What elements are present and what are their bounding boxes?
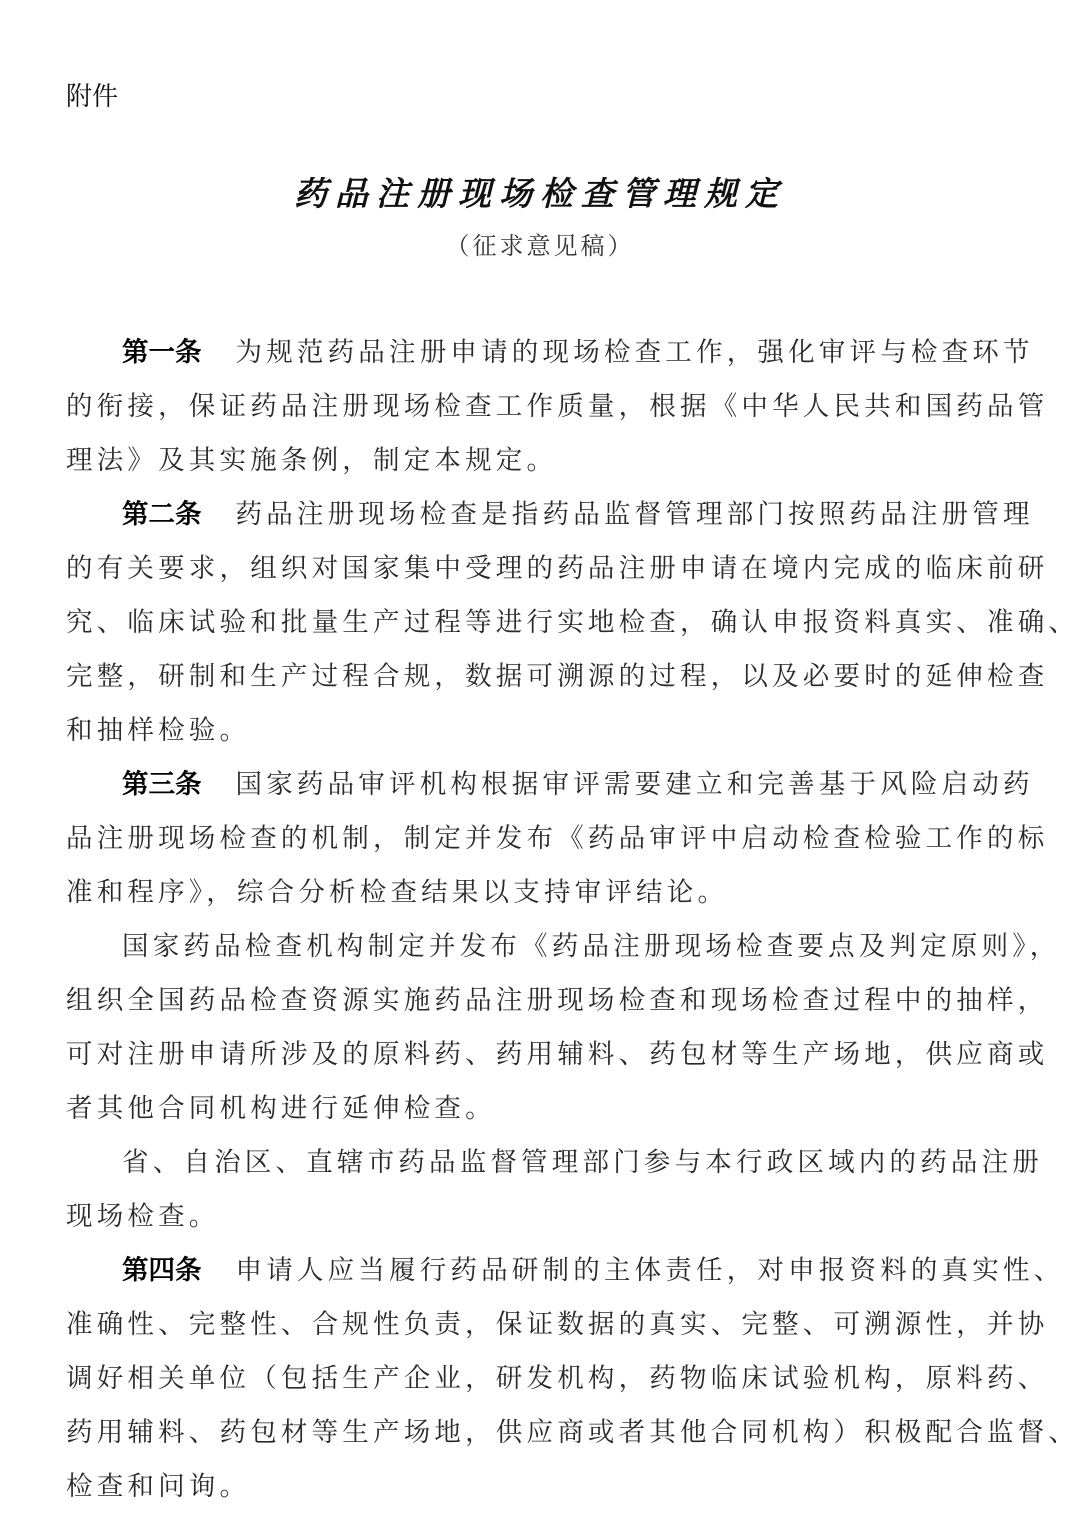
paragraph-line: 省、自治区、直辖市药品监督管理部门参与本行政区域内的药品注册 <box>66 1136 1006 1190</box>
article-4: 第四条申请人应当履行药品研制的主体责任，对申报资料的真实性、 准确性、完整性、合… <box>66 1244 1006 1514</box>
article-line: 第四条申请人应当履行药品研制的主体责任，对申报资料的真实性、 <box>66 1244 1006 1298</box>
document-subtitle: （征求意见稿） <box>0 228 1080 264</box>
article-2: 第二条药品注册现场检查是指药品监督管理部门按照药品注册管理 的有关要求，组织对国… <box>66 488 1006 758</box>
article-line: 的衔接，保证药品注册现场检查工作质量，根据《中华人民共和国药品管 <box>66 380 1006 434</box>
article-text: 国家药品审评机构根据审评需要建立和完善基于风险启动药 <box>236 769 1034 800</box>
article-line: 第二条药品注册现场检查是指药品监督管理部门按照药品注册管理 <box>66 488 1006 542</box>
article-line: 第三条国家药品审评机构根据审评需要建立和完善基于风险启动药 <box>66 758 1006 812</box>
attachment-label: 附件 <box>66 80 118 114</box>
article-text: 药品注册现场检查是指药品监督管理部门按照药品注册管理 <box>236 499 1034 530</box>
article-text: 申请人应当履行药品研制的主体责任，对申报资料的真实性、 <box>236 1255 1065 1286</box>
article-3-paragraph-3: 省、自治区、直辖市药品监督管理部门参与本行政区域内的药品注册 现场检查。 <box>66 1136 1006 1244</box>
article-number: 第一条 <box>122 337 202 368</box>
article-line: 药用辅料、药包材等生产场地，供应商或者其他合同机构）积极配合监督、 <box>66 1406 1006 1460</box>
article-line: 的有关要求，组织对国家集中受理的药品注册申请在境内完成的临床前研 <box>66 542 1006 596</box>
article-line: 第一条为规范药品注册申请的现场检查工作，强化审评与检查环节 <box>66 326 1006 380</box>
paragraph-line: 组织全国药品检查资源实施药品注册现场检查和现场检查过程中的抽样， <box>66 974 1006 1028</box>
article-line: 品注册现场检查的机制，制定并发布《药品审评中启动检查检验工作的标 <box>66 812 1006 866</box>
article-line: 检查和问询。 <box>66 1460 1006 1514</box>
document-body: 第一条为规范药品注册申请的现场检查工作，强化审评与检查环节 的衔接，保证药品注册… <box>66 326 1006 1514</box>
article-line: 和抽样检验。 <box>66 704 1006 758</box>
paragraph-line: 可对注册申请所涉及的原料药、药用辅料、药包材等生产场地，供应商或 <box>66 1028 1006 1082</box>
article-number: 第二条 <box>122 499 202 530</box>
paragraph-line: 现场检查。 <box>66 1190 1006 1244</box>
article-line: 理法》及其实施条例，制定本规定。 <box>66 434 1006 488</box>
article-3: 第三条国家药品审评机构根据审评需要建立和完善基于风险启动药 品注册现场检查的机制… <box>66 758 1006 1244</box>
paragraph-line: 国家药品检查机构制定并发布《药品注册现场检查要点及判定原则》， <box>66 920 1006 974</box>
article-line: 完整，研制和生产过程合规，数据可溯源的过程，以及必要时的延伸检查 <box>66 650 1006 704</box>
article-line: 究、临床试验和批量生产过程等进行实地检查，确认申报资料真实、准确、 <box>66 596 1006 650</box>
article-line: 准确性、完整性、合规性负责，保证数据的真实、完整、可溯源性，并协 <box>66 1298 1006 1352</box>
article-line: 准和程序》，综合分析检查结果以支持审评结论。 <box>66 866 1006 920</box>
article-3-paragraph-2: 国家药品检查机构制定并发布《药品注册现场检查要点及判定原则》， 组织全国药品检查… <box>66 920 1006 1136</box>
article-1: 第一条为规范药品注册申请的现场检查工作，强化审评与检查环节 的衔接，保证药品注册… <box>66 326 1006 488</box>
document-title: 药品注册现场检查管理规定 <box>0 172 1080 216</box>
article-number: 第三条 <box>122 769 202 800</box>
paragraph-line: 者其他合同机构进行延伸检查。 <box>66 1082 1006 1136</box>
article-line: 调好相关单位（包括生产企业，研发机构，药物临床试验机构，原料药、 <box>66 1352 1006 1406</box>
article-text: 为规范药品注册申请的现场检查工作，强化审评与检查环节 <box>236 337 1034 368</box>
article-number: 第四条 <box>122 1255 202 1286</box>
